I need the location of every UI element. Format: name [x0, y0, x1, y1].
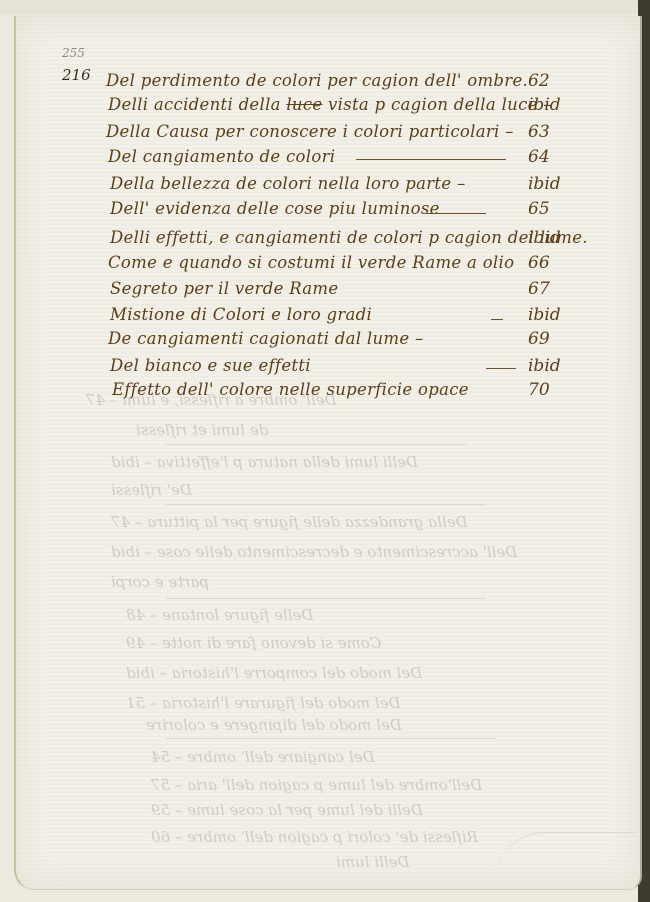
scan-top-edge	[0, 0, 650, 14]
toc-entry: De cangiamenti cagionati dal lume – 69	[16, 329, 640, 353]
toc-entry: Del perdimento de colori per cagion dell…	[16, 71, 640, 95]
entry-title: Della Causa per conoscere i colori parti…	[106, 122, 514, 141]
entry-title: Mistione di Colori e loro gradi	[110, 305, 372, 324]
toc-entry: Delli effetti, e cangiamenti de colori p…	[16, 228, 640, 252]
leader-line	[486, 368, 516, 369]
leader-line	[356, 159, 506, 160]
toc-entry: Del cangiamento de colori 64	[16, 147, 640, 171]
entry-page: ibid	[528, 95, 561, 115]
entry-title: Del bianco e sue effetti	[110, 356, 311, 375]
struck-word: luce	[286, 95, 322, 114]
entry-title: De cangiamenti cagionati dal lume –	[108, 329, 424, 348]
toc-entry: Delli accidenti della luce vista p cagio…	[16, 95, 640, 119]
entry-page: 67	[528, 279, 550, 299]
toc-entry: Della Causa per conoscere i colori parti…	[16, 122, 640, 146]
toc-entry: Mistione di Colori e loro gradi ibid	[16, 305, 640, 329]
entry-title: Segreto per il verde Rame	[110, 279, 338, 298]
toc-entry: Come e quando si costumi il verde Rame a…	[16, 253, 640, 277]
entry-title: Effetto dell' colore nelle superficie op…	[112, 380, 469, 399]
entry-page: 69	[528, 329, 550, 349]
entry-page: 65	[528, 199, 550, 219]
leader-line	[491, 319, 503, 320]
entry-title: Delli effetti, e cangiamenti de colori p…	[110, 228, 588, 247]
entry-page: ibid	[528, 356, 561, 376]
entry-page: ibid	[528, 228, 561, 248]
entry-title: Del perdimento de colori per cagion dell…	[106, 71, 528, 90]
entry-page: ibid	[528, 174, 561, 194]
entry-page: 62	[528, 71, 550, 91]
toc-entry: Della bellezza de colori nella loro part…	[16, 174, 640, 198]
toc-entry: Effetto dell' colore nelle superficie op…	[16, 380, 640, 404]
entry-page: 64	[528, 147, 550, 167]
toc-entry: Dell' evidenza delle cose piu luminose 6…	[16, 199, 640, 223]
entry-title: Delli accidenti della luce vista p cagio…	[108, 95, 552, 114]
entry-page: 63	[528, 122, 550, 142]
entry-title: Dell' evidenza delle cose piu luminose	[110, 199, 440, 218]
table-of-contents: Del perdimento de colori per cagion dell…	[16, 16, 640, 889]
entry-title: Della bellezza de colori nella loro part…	[110, 174, 466, 193]
toc-entry: Del bianco e sue effetti ibid	[16, 356, 640, 380]
leader-line	[426, 213, 486, 214]
manuscript-page: Dell' ombre a riflessi, e lumi – 47 de l…	[14, 16, 642, 890]
entry-page: 66	[528, 253, 550, 273]
toc-entry: Segreto per il verde Rame 67	[16, 279, 640, 303]
entry-title-part: Delli accidenti della	[108, 95, 286, 114]
entry-page: 70	[528, 380, 550, 400]
entry-page: ibid	[528, 305, 561, 325]
entry-title-part: vista p cagion della luce –	[322, 95, 551, 114]
entry-title: Del cangiamento de colori	[108, 147, 335, 166]
entry-title: Come e quando si costumi il verde Rame a…	[108, 253, 514, 272]
